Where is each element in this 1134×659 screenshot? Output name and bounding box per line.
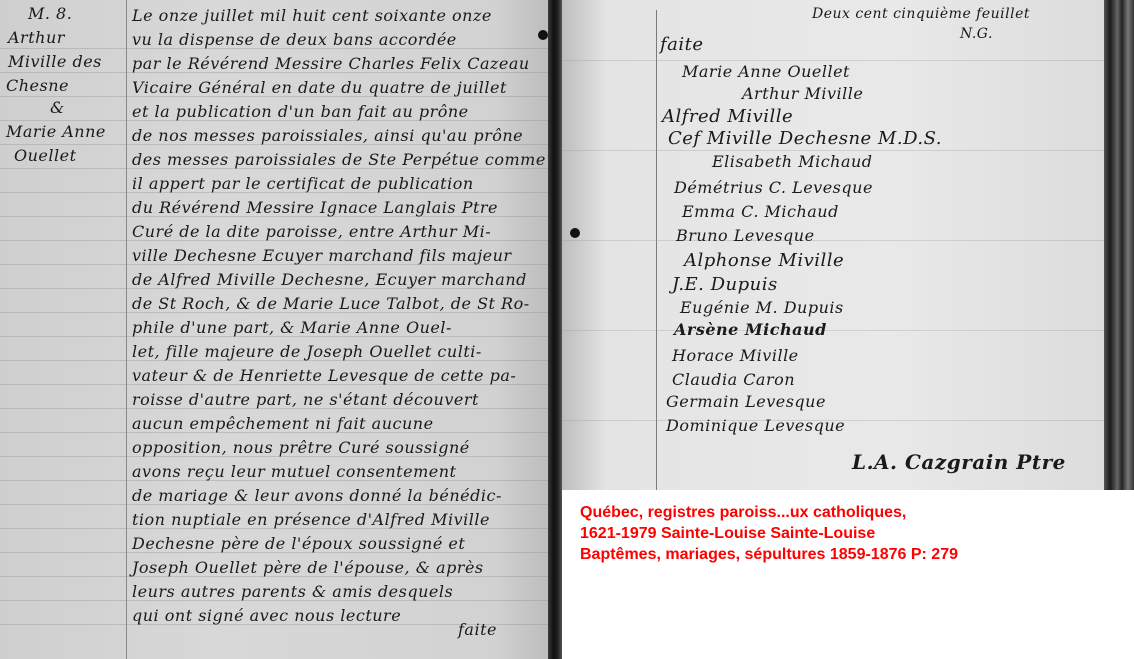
caption-line-volume: Baptêmes, mariages, sépultures 1859-1876… — [580, 546, 958, 564]
record-line: Joseph Ouellet père de l'épouse, & après — [132, 558, 484, 577]
record-line: faite — [458, 620, 497, 639]
record-line: opposition, nous prêtre Curé soussigné — [132, 438, 470, 457]
signature: Bruno Levesque — [676, 226, 815, 245]
signature: Alfred Miville — [662, 106, 793, 127]
record-line: Dechesne père de l'époux soussigné et — [132, 534, 465, 553]
record-line: il appert par le certificat de publicati… — [132, 174, 474, 193]
record-line: roisse d'autre part, ne s'étant découver… — [132, 390, 479, 409]
continued-word: faite — [660, 34, 704, 55]
record-line: du Révérend Messire Ignace Langlais Ptre — [132, 198, 498, 217]
record-line: de Alfred Miville Dechesne, Ecuyer march… — [132, 270, 527, 289]
record-line: let, fille majeure de Joseph Ouellet cul… — [132, 342, 482, 361]
signature: J.E. Dupuis — [672, 274, 778, 295]
record-line: leurs autres parents & amis desquels — [132, 582, 453, 601]
signature: Elisabeth Michaud — [712, 152, 873, 171]
signature: Démétrius C. Levesque — [674, 178, 873, 197]
margin-entry-line: Arthur — [8, 28, 65, 47]
margin-entry-line: Ouellet — [14, 146, 77, 165]
margin-rule — [126, 0, 127, 659]
record-line: Curé de la dite paroisse, entre Arthur M… — [132, 222, 491, 241]
caption-line-parish: 1621-1979 Sainte-Louise Sainte-Louise — [580, 525, 875, 543]
margin-entry-line: Marie Anne — [6, 122, 106, 141]
record-line: Vicaire Général en date du quatre de jui… — [132, 78, 507, 97]
signature: Arsène Michaud — [674, 320, 827, 339]
ruled-line — [562, 150, 1110, 151]
record-line: avons reçu leur mutuel consentement — [132, 462, 456, 481]
priest-signature: L.A. Cazgrain Ptre — [852, 450, 1066, 474]
ruled-line — [562, 330, 1110, 331]
book-gutter — [548, 0, 562, 659]
record-line: Le onze juillet mil huit cent soixante o… — [132, 6, 492, 25]
record-line: vateur & de Henriette Levesque de cette … — [132, 366, 516, 385]
left-page: M. 8. Arthur Miville des Chesne & Marie … — [0, 0, 548, 659]
record-line: de St Roch, & de Marie Luce Talbot, de S… — [132, 294, 530, 313]
margin-entry-line: Chesne — [6, 76, 69, 95]
record-line: aucun empêchement ni fait aucune — [132, 414, 434, 433]
caption-line-collection: Québec, registres paroiss...ux catholiqu… — [580, 504, 906, 522]
register-scan: M. 8. Arthur Miville des Chesne & Marie … — [0, 0, 1134, 659]
folio-initials: N.G. — [960, 26, 993, 42]
signature: Dominique Levesque — [666, 416, 845, 435]
binding-pin — [538, 30, 548, 40]
record-line: des messes paroissiales de Ste Perpétue … — [132, 150, 546, 169]
signature: Emma C. Michaud — [682, 202, 839, 221]
source-caption: Québec, registres paroiss...ux catholiqu… — [562, 490, 1134, 659]
signature: Cef Miville Dechesne M.D.S. — [668, 128, 942, 149]
record-line: ville Dechesne Ecuyer marchand fils maje… — [132, 246, 512, 265]
signature: Marie Anne Ouellet — [682, 62, 850, 81]
margin-entry-code: M. 8. — [28, 4, 72, 23]
signature: Arthur Miville — [742, 84, 863, 103]
binding-pin — [570, 228, 580, 238]
record-line: tion nuptiale en présence d'Alfred Mivil… — [132, 510, 490, 529]
folio-header: Deux cent cinquième feuillet — [812, 6, 1030, 22]
signature: Germain Levesque — [666, 392, 826, 411]
signature: Alphonse Miville — [684, 250, 844, 271]
signature: Claudia Caron — [672, 370, 795, 389]
ruled-line — [562, 240, 1110, 241]
signature: Horace Miville — [672, 346, 799, 365]
record-line: phile d'une part, & Marie Anne Ouel- — [132, 318, 452, 337]
record-line: qui ont signé avec nous lecture — [132, 606, 401, 625]
ruled-line — [562, 60, 1110, 61]
margin-entry-line: & — [50, 98, 65, 117]
record-line: de mariage & leur avons donné la bénédic… — [132, 486, 502, 505]
record-line: et la publication d'un ban fait au prône — [132, 102, 469, 121]
record-line: vu la dispense de deux bans accordée — [132, 30, 457, 49]
record-line: de nos messes paroissiales, ainsi qu'au … — [132, 126, 523, 145]
signature: Eugénie M. Dupuis — [680, 298, 844, 317]
margin-entry-line: Miville des — [8, 52, 102, 71]
record-line: par le Révérend Messire Charles Felix Ca… — [132, 54, 530, 73]
